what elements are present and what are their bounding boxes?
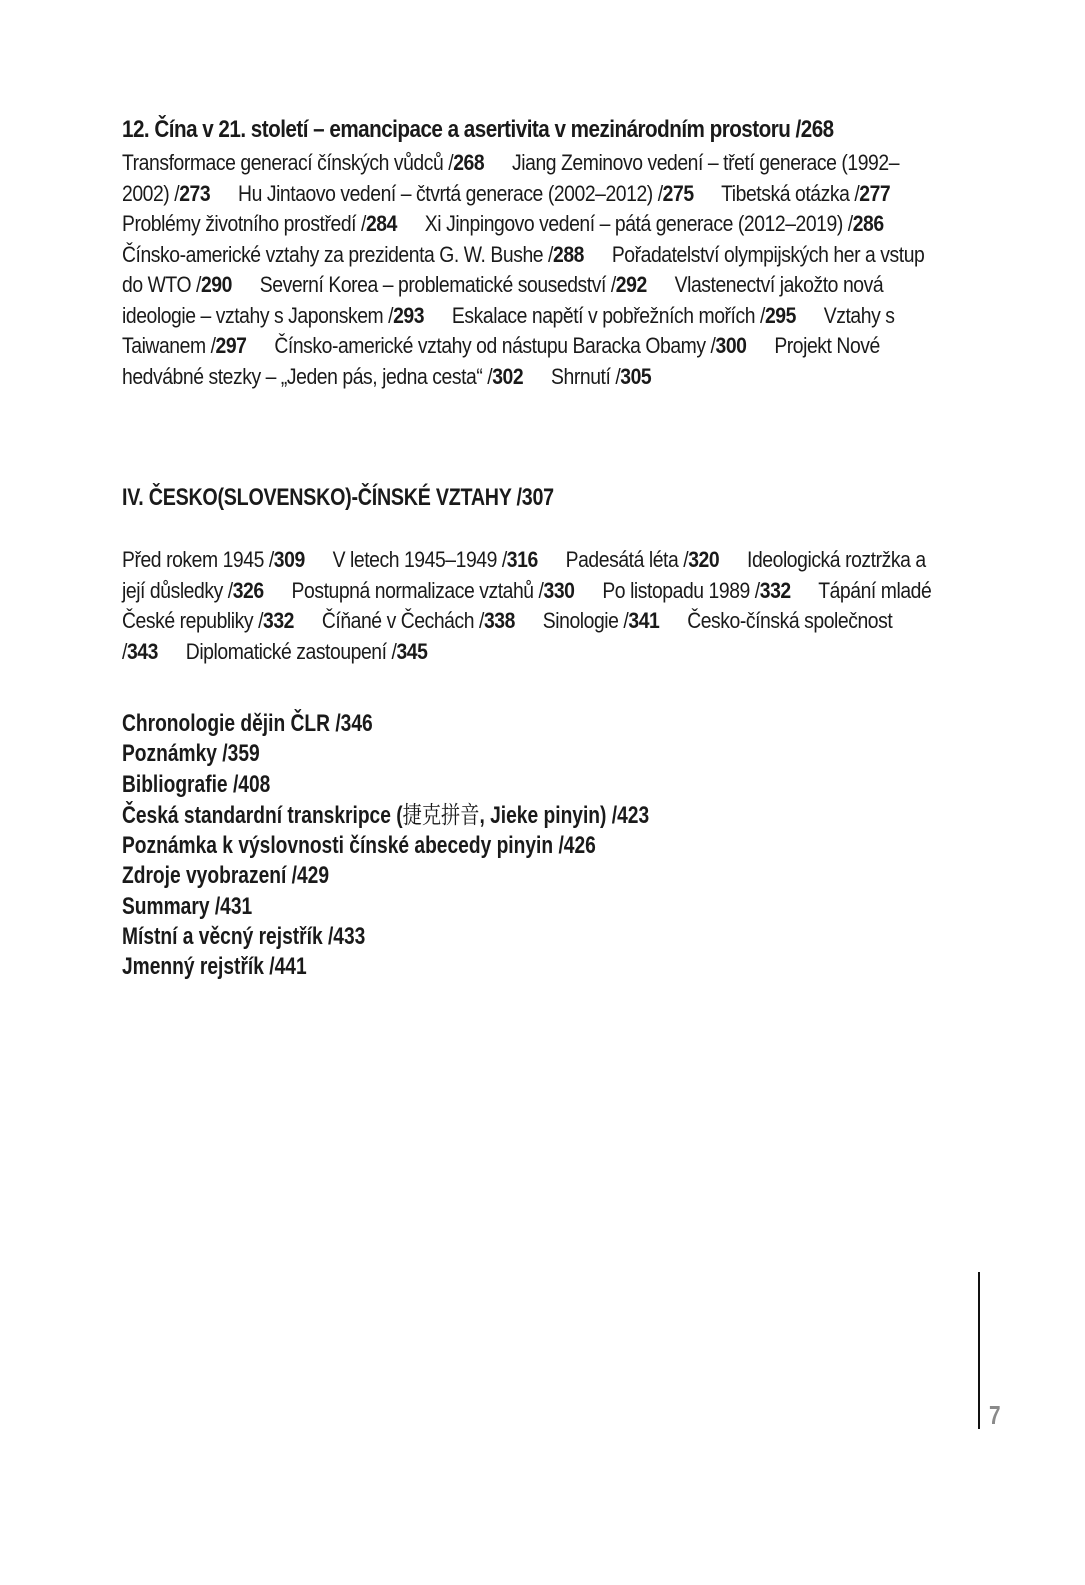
toc-entry-page: 288: [553, 242, 584, 267]
backmatter-entry: Jmenný rejstřík /441: [122, 952, 649, 982]
toc-entry: Transformace generací čínských vůdců /26…: [122, 150, 484, 175]
toc-entry: Před rokem 1945 /309: [122, 547, 305, 572]
toc-entry-page: 305: [620, 364, 651, 389]
toc-entry: Číňané v Čechách /338: [322, 608, 515, 633]
toc-entry-page: 316: [507, 547, 538, 572]
toc-entry-page: 341: [628, 608, 659, 633]
toc-entry: Xi Jinpingovo vedení – pátá generace (20…: [425, 211, 884, 236]
toc-entry-title: Hu Jintaovo vedení – čtvrtá generace (20…: [238, 181, 663, 206]
toc-entry-page: 332: [263, 608, 294, 633]
backmatter-entry: Poznámka k výslovnosti čínské abecedy pi…: [122, 831, 649, 861]
toc-entry-title: Po listopadu 1989 /: [602, 578, 759, 603]
toc-entry-page: 320: [688, 547, 719, 572]
toc-entry-page: 290: [201, 272, 232, 297]
toc-entry-title: Eskalace napětí v pobřežních mořích /: [452, 303, 765, 328]
toc-entry-page: 297: [216, 333, 247, 358]
toc-entry-page: 326: [233, 578, 264, 603]
toc-entry-title: Padesátá léta /: [566, 547, 689, 572]
toc-entry-title: Transformace generací čínských vůdců /: [122, 150, 453, 175]
toc-entry: V letech 1945–1949 /316: [333, 547, 538, 572]
toc-entry: Hu Jintaovo vedení – čtvrtá generace (20…: [238, 181, 694, 206]
backmatter-entry: Bibliografie /408: [122, 770, 649, 800]
toc-entry-title: Postupná normalizace vztahů /: [292, 578, 544, 603]
toc-entry-title: Shrnutí /: [551, 364, 620, 389]
toc-entry-page: 332: [760, 578, 791, 603]
toc-entry: Shrnutí /305: [551, 364, 651, 389]
toc-entry-page: 277: [859, 181, 890, 206]
backmatter-entry: Chronologie dějin ČLR /346: [122, 709, 649, 739]
toc-entry-page: 268: [453, 150, 484, 175]
toc-entry-title: Před rokem 1945 /: [122, 547, 274, 572]
toc-entry-page: 343: [127, 639, 158, 664]
toc-entry: Sinologie /341: [543, 608, 660, 633]
backmatter-entry: Summary /431: [122, 892, 649, 922]
toc-entry-page: 300: [715, 333, 746, 358]
chapter-title: 12. Čína v 21. století – emancipace a as…: [122, 116, 834, 144]
toc-entry-page: 338: [484, 608, 515, 633]
toc-entry-page: 309: [274, 547, 305, 572]
backmatter-entry: Místní a věcný rejstřík /433: [122, 922, 649, 952]
toc-entry-page: 293: [393, 303, 424, 328]
toc-entry-page: 295: [765, 303, 796, 328]
toc-entry: Problémy životního prostředí /284: [122, 211, 397, 236]
toc-entry-page: 284: [366, 211, 397, 236]
toc-entry: Po listopadu 1989 /332: [602, 578, 790, 603]
toc-entry-title: Sinologie /: [543, 608, 629, 633]
backmatter-entry: Česká standardní transkripce (捷克拼音, Jiek…: [122, 800, 649, 831]
toc-entry-title: Číňané v Čechách /: [322, 608, 484, 633]
toc-entry: Padesátá léta /320: [566, 547, 720, 572]
toc-entry: Postupná normalizace vztahů /330: [292, 578, 575, 603]
page-number: 7: [989, 1400, 1001, 1431]
toc-entry-title: Diplomatické zastoupení /: [186, 639, 397, 664]
toc-entry: Čínsko-americké vztahy za prezidenta G. …: [122, 242, 584, 267]
toc-entry-title: Severní Korea – problematické sousedství…: [260, 272, 616, 297]
backmatter-entry: Poznámky /359: [122, 739, 649, 769]
backmatter-list: Chronologie dějin ČLR /346Poznámky /359B…: [122, 709, 649, 983]
toc-entry-page: 302: [492, 364, 523, 389]
toc-entry: Tibetská otázka /277: [721, 181, 890, 206]
toc-entry: Eskalace napětí v pobřežních mořích /295: [452, 303, 796, 328]
chapter-subsections: Transformace generací čínských vůdců /26…: [122, 148, 932, 392]
toc-entry-page: 286: [853, 211, 884, 236]
toc-entry-title: Problémy životního prostředí /: [122, 211, 366, 236]
toc-entry: Severní Korea – problematické sousedství…: [260, 272, 647, 297]
toc-entry-title: Tibetská otázka /: [721, 181, 859, 206]
toc-entry-title: Čínsko-americké vztahy za prezidenta G. …: [122, 242, 553, 267]
toc-entry-page: 345: [396, 639, 427, 664]
section-subsections: Před rokem 1945 /309 V letech 1945–1949 …: [122, 545, 932, 667]
margin-rule: [978, 1272, 980, 1429]
toc-entry-page: 275: [663, 181, 694, 206]
toc-entry-title: V letech 1945–1949 /: [333, 547, 507, 572]
toc-entry-page: 292: [616, 272, 647, 297]
toc-entry: Diplomatické zastoupení /345: [186, 639, 428, 664]
section-title: IV. ČESKO(SLOVENSKO)-ČÍNSKÉ VZTAHY /307: [122, 484, 554, 512]
toc-entry-page: 273: [179, 181, 210, 206]
toc-entry: Čínsko-americké vztahy od nástupu Barack…: [274, 333, 746, 358]
toc-entry-page: 330: [544, 578, 575, 603]
backmatter-entry: Zdroje vyobrazení /429: [122, 861, 649, 891]
toc-entry-title: Čínsko-americké vztahy od nástupu Barack…: [274, 333, 715, 358]
toc-entry-title: Xi Jinpingovo vedení – pátá generace (20…: [425, 211, 853, 236]
